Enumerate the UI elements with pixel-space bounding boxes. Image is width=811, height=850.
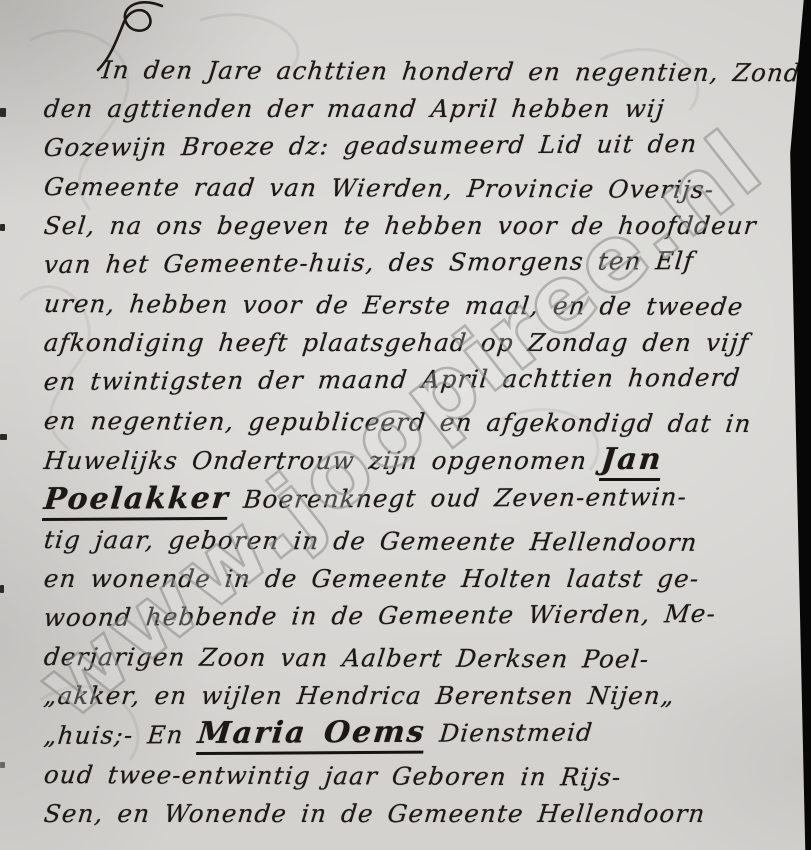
handwriting-text: woond hebbende in de Gemeente Wierden, M… (42, 599, 717, 632)
manuscript-line: afkondiging heeft plaatsgehad op Zondag … (42, 323, 797, 362)
manuscript: In den Jare achttien honderd en negentie… (42, 50, 793, 833)
manuscript-line: „akker, en wijlen Hendrica Berentsen Nij… (42, 676, 797, 715)
edge-fleck (0, 108, 6, 117)
handwriting-text: en twintigsten der maand April achttien … (42, 363, 742, 396)
handwriting-text: Dienstmeid (424, 718, 594, 748)
handwriting-text: afkondiging heeft plaatsgehad op Zondag … (43, 328, 751, 357)
manuscript-line: en twintigsten der maand April achttien … (42, 357, 797, 401)
manuscript-line: Huwelijks Ondertrouw zijn opgenomen Jan (42, 440, 797, 480)
handwriting-text: Gozewijn Broeze dz: geadsumeerd Lid uit … (42, 129, 698, 162)
underlined-name: Maria Oems (196, 715, 428, 755)
handwriting-text: Gemeente raad van Wierden, Provincie Ove… (43, 172, 716, 204)
manuscript-line: en wonende in de Gemeente Holten laatst … (42, 559, 797, 598)
handwriting-text: Boerenknegt oud Zeven-entwin- (228, 482, 689, 514)
manuscript-line: „huis;- En Maria Oems Dienstmeid (42, 710, 797, 755)
handwriting-text: „akker, en wijlen Hendrica Berentsen Nij… (43, 681, 677, 710)
manuscript-line: en negentien, gepubliceerd en afgekondig… (42, 401, 797, 443)
handwriting-text: oud twee-entwintig jaar Geboren in Rijs- (43, 760, 624, 792)
handwriting-text: uren, hebben voor de Eerste maal, en de … (43, 289, 746, 321)
manuscript-line: den agttienden der maand April hebben wi… (42, 89, 797, 128)
handwriting-text: Sel, na ons begeven te hebben voor de ho… (43, 211, 759, 240)
manuscript-line: tig jaar, geboren in de Gemeente Hellend… (42, 520, 797, 562)
handwriting-text: en wonende in de Gemeente Holten laatst … (43, 564, 701, 593)
handwriting-text: Huwelijks Ondertrouw zijn opgenomen (43, 446, 603, 475)
handwriting-text: In den Jare achttien honderd en negentie… (101, 55, 811, 87)
manuscript-line: Poelakker Boerenknegt oud Zeven-entwin- (42, 475, 797, 520)
edge-fleck (0, 434, 7, 440)
underlined-name: Jan (599, 442, 664, 481)
manuscript-line: oud twee-entwintig jaar Geboren in Rijs- (42, 755, 797, 797)
manuscript-line: Sen, en Wonende in de Gemeente Hellendoo… (42, 794, 797, 833)
manuscript-line: woond hebbende in de Gemeente Wierden, M… (42, 593, 797, 637)
handwriting-text: tig jaar, geboren in de Gemeente Hellend… (43, 525, 700, 557)
edge-fleck (0, 224, 5, 231)
manuscript-line: derjarigen Zoon van Aalbert Derksen Poel… (42, 637, 797, 679)
handwriting-text: Sen, en Wonende in de Gemeente Hellendoo… (43, 799, 708, 828)
manuscript-line: van het Gemeente-huis, des Smorgens ten … (42, 240, 797, 284)
manuscript-line: Gemeente raad van Wierden, Provincie Ove… (42, 167, 797, 209)
handwriting-text: „huis;- En (42, 720, 199, 750)
manuscript-line: Gozewijn Broeze dz: geadsumeerd Lid uit … (42, 123, 797, 167)
manuscript-line: In den Jare achttien honderd en negentie… (42, 50, 797, 92)
manuscript-line: uren, hebben voor de Eerste maal, en de … (42, 284, 797, 326)
underlined-name: Poelakker (42, 481, 231, 521)
handwriting-text: derjarigen Zoon van Aalbert Derksen Poel… (43, 642, 651, 674)
document-scan: In den Jare achttien honderd en negentie… (0, 0, 811, 850)
manuscript-line: Sel, na ons begeven te hebben voor de ho… (42, 206, 797, 245)
handwriting-text: en negentien, gepubliceerd en afgekondig… (43, 406, 754, 438)
handwriting-text: van het Gemeente-huis, des Smorgens ten … (42, 246, 695, 279)
edge-fleck (0, 762, 5, 768)
edge-fleck (0, 585, 4, 593)
handwriting-text: den agttienden der maand April hebben wi… (43, 94, 667, 123)
